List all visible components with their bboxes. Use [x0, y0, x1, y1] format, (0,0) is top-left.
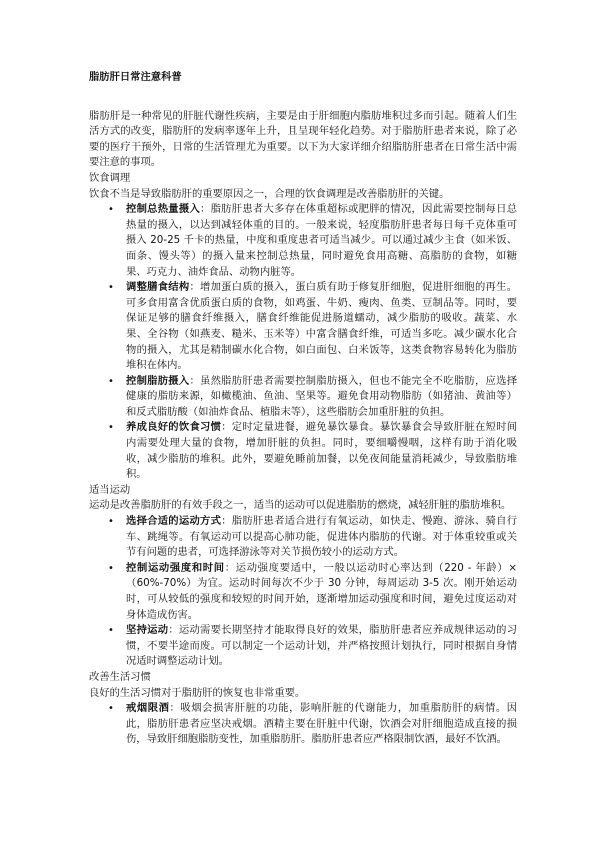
section-heading-diet: 饮食调理 [89, 171, 517, 187]
list-item: 控制总热量摄入：脂肪肝患者大多存在体重超标或肥胖的情况，因此需要控制每日总热量的… [126, 202, 517, 280]
item-term: 养成良好的饮食习惯 [126, 421, 221, 433]
item-text: ：增加蛋白质的摄入，蛋白质有助于修复肝细胞，促进肝细胞的再生。可多食用富含优质蛋… [126, 281, 517, 371]
section-lead-lifestyle: 良好的生活习惯对于脂肪肝的恢复也非常重要。 [89, 686, 517, 702]
list-item: 坚持运动：运动需要长期坚持才能取得良好的效果，脂肪肝患者应养成规律运动的习惯，不… [126, 623, 517, 670]
list-item: 戒烟限酒：吸烟会损害肝脏的功能，影响肝脏的代谢能力，加重脂肪肝的病情。因此，脂肪… [126, 701, 517, 748]
section-heading-exercise: 适当运动 [89, 483, 517, 499]
item-term: 控制脂肪摄入 [126, 375, 189, 387]
exercise-list: 选择合适的运动方式：脂肪肝患者适合进行有氧运动，如快走、慢跑、游泳、骑自行车、跳… [89, 514, 517, 670]
item-term: 控制总热量摄入 [126, 203, 200, 215]
intro-paragraph: 脂肪肝是一种常见的肝脏代谢性疾病，主要是由于肝细胞内脂肪堆积过多而引起。随着人们… [89, 109, 517, 171]
diet-list: 控制总热量摄入：脂肪肝患者大多存在体重超标或肥胖的情况，因此需要控制每日总热量的… [89, 202, 517, 483]
list-item: 养成良好的饮食习惯：定时定量进餐，避免暴饮暴食。暴饮暴食会导致肝脏在短时间内需要… [126, 420, 517, 482]
item-text: ：吸烟会损害肝脏的功能，影响肝脏的代谢能力，加重脂肪肝的病情。因此，脂肪肝患者应… [126, 702, 517, 745]
list-item: 控制脂肪摄入：虽然脂肪肝患者需要控制脂肪摄入，但也不能完全不吃脂肪，应选择健康的… [126, 374, 517, 421]
list-item: 调整膳食结构：增加蛋白质的摄入，蛋白质有助于修复肝细胞，促进肝细胞的再生。可多食… [126, 280, 517, 374]
item-term: 戒烟限酒 [126, 702, 170, 714]
item-term: 坚持运动 [126, 624, 168, 636]
item-term: 控制运动强度和时间 [126, 562, 225, 574]
document-page: 脂肪肝日常注意科普 脂肪肝是一种常见的肝脏代谢性疾病，主要是由于肝细胞内脂肪堆积… [89, 70, 517, 748]
document-title: 脂肪肝日常注意科普 [89, 70, 517, 86]
list-item: 选择合适的运动方式：脂肪肝患者适合进行有氧运动，如快走、慢跑、游泳、骑自行车、跳… [126, 514, 517, 561]
section-lead-diet: 饮食不当是导致脂肪肝的重要原因之一，合理的饮食调理是改善脂肪肝的关键。 [89, 187, 517, 203]
lifestyle-list: 戒烟限酒：吸烟会损害肝脏的功能，影响肝脏的代谢能力，加重脂肪肝的病情。因此，脂肪… [89, 701, 517, 748]
item-term: 调整膳食结构 [126, 281, 189, 293]
section-heading-lifestyle: 改善生活习惯 [89, 670, 517, 686]
item-term: 选择合适的运动方式 [126, 515, 221, 527]
section-lead-exercise: 运动是改善脂肪肝的有效手段之一，适当的运动可以促进脂肪的燃烧，减轻肝脏的脂肪堆积… [89, 498, 517, 514]
item-text: ：运动需要长期坚持才能取得良好的效果，脂肪肝患者应养成规律运动的习惯，不要半途而… [126, 624, 517, 667]
list-item: 控制运动强度和时间：运动强度要适中，一般以运动时心率达到（220 - 年龄）×（… [126, 561, 517, 623]
